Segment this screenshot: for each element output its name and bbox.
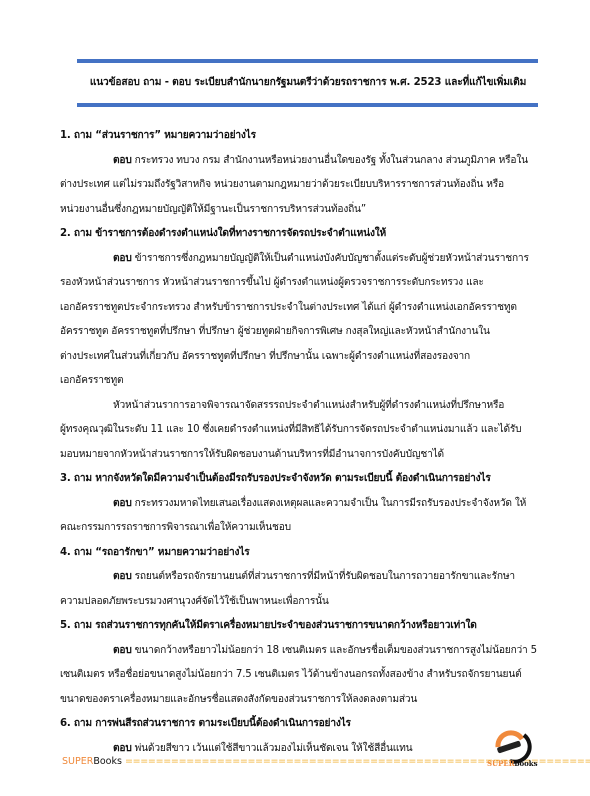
answer-line: มอบหมายจากหัวหน้าส่วนราชการให้รับผิดชอบง… — [60, 443, 560, 468]
answer-3: ตอบ กระทรวงมหาดไทยเสนอเรื่องแสดงเหตุผลแล… — [60, 492, 560, 517]
answer-line: เอกอัครราชทูตประจำกระทรวง สำหรับข้าราชกา… — [60, 296, 560, 321]
header-rule-bottom — [77, 103, 538, 107]
answer-line: เอกอัครราชทูต — [60, 369, 560, 394]
answer-line: พ่นด้วยสีขาว เว้นแต่ใช้สีขาวแล้วมองไม่เห… — [135, 743, 413, 754]
answer-label: ตอบ — [113, 743, 132, 754]
answer-line: ต่างประเทศในส่วนที่เกี่ยวกับ อัครราชทูตท… — [60, 345, 560, 370]
answer-line: หน่วยงานอื่นซึ่งกฎหมายบัญญัติให้มีฐานะเป… — [60, 198, 560, 223]
logo-wordmark: SUPERbooks — [487, 759, 538, 768]
answer-line: อัครราชทูต อัครราชทูตที่ปรึกษา ที่ปรึกษา… — [60, 320, 560, 345]
answer-line: กระทรวงมหาดไทยเสนอเรื่องแสดงเหตุผลและควา… — [135, 498, 526, 509]
question-1: 1. ถาม “ส่วนราชการ” หมายความว่าอย่างไร — [60, 124, 560, 149]
question-3: 3. ถาม หากจังหวัดใดมีความจำเป็นต้องมีรถร… — [60, 467, 560, 492]
answer-line: รองหัวหน้าส่วนราชการ หัวหน้าส่วนราชการขึ… — [60, 271, 560, 296]
answer-label: ตอบ — [113, 645, 132, 656]
answer-line: กระทรวง ทบวง กรม สำนักงานหรือหน่วยงานอื่… — [135, 155, 528, 166]
answer-1: ตอบ กระทรวง ทบวง กรม สำนักงานหรือหน่วยงา… — [60, 149, 560, 174]
answer-line: รถยนต์หรือรถจักรยานยนต์ที่ส่วนราชการที่ม… — [135, 571, 515, 582]
answer-2-extra: หัวหน้าส่วนราการอาจพิจารณาจัดสรรรถประจำต… — [60, 394, 560, 419]
answer-4: ตอบ รถยนต์หรือรถจักรยานยนต์ที่ส่วนราชการ… — [60, 565, 560, 590]
answer-line: ข้าราชการซึ่งกฎหมายบัญญัติให้เป็นตำแหน่ง… — [135, 253, 529, 264]
document-title: แนวข้อสอบ ถาม - ตอบ ระเบียบสำนักนายกรัฐม… — [60, 74, 556, 90]
answer-label: ตอบ — [113, 498, 132, 509]
answer-label: ตอบ — [113, 571, 132, 582]
answer-line: ต่างประเทศ แต่ไม่รวมถึงรัฐวิสาหกิจ หน่วย… — [60, 173, 560, 198]
answer-line: ความปลอดภัยพระบรมวงศานุวงศ์จัดไว้ใช้เป็น… — [60, 590, 560, 615]
footer-brand-books: Books — [93, 756, 122, 767]
logo-books: books — [515, 759, 538, 768]
answer-line: เซนติเมตร หรือชื่อย่อขนาดสูงไม่น้อยกว่า … — [60, 663, 560, 688]
answer-label: ตอบ — [113, 253, 132, 264]
header-rule-top — [77, 59, 538, 63]
answer-line: หัวหน้าส่วนราการอาจพิจารณาจัดสรรรถประจำต… — [113, 400, 504, 411]
question-4: 4. ถาม “รถอารักขา” หมายความว่าอย่างไร — [60, 541, 560, 566]
answer-line: ขนาดกว้างหรือยาวไม่น้อยกว่า 18 เซนติเมตร… — [135, 645, 537, 656]
answer-line: คณะกรรมการรถราชการพิจารณาเพื่อให้ความเห็… — [60, 516, 560, 541]
answer-line: ผู้ทรงคุณวุฒิในระดับ 11 และ 10 ซึ่งเคยดำ… — [60, 418, 560, 443]
question-5: 5. ถาม รถส่วนราชการทุกคันให้มีตราเครื่อง… — [60, 614, 560, 639]
question-2: 2. ถาม ข้าราชการต้องดำรงตำแหน่งใดที่ทางร… — [60, 222, 560, 247]
logo-super: SUPER — [487, 759, 515, 768]
answer-2: ตอบ ข้าราชการซึ่งกฎหมายบัญญัติให้เป็นตำแ… — [60, 247, 560, 272]
qa-content: 1. ถาม “ส่วนราชการ” หมายความว่าอย่างไร ต… — [60, 124, 560, 761]
answer-label: ตอบ — [113, 155, 132, 166]
document-page: แนวข้อสอบ ถาม - ตอบ ระเบียบสำนักนายกรัฐม… — [0, 0, 590, 796]
answer-line: ขนาดของตราเครื่องหมายและอักษรชื่อแสดงสัง… — [60, 688, 560, 713]
footer-brand-super: SUPER — [62, 756, 93, 767]
answer-5: ตอบ ขนาดกว้างหรือยาวไม่น้อยกว่า 18 เซนติ… — [60, 639, 560, 664]
